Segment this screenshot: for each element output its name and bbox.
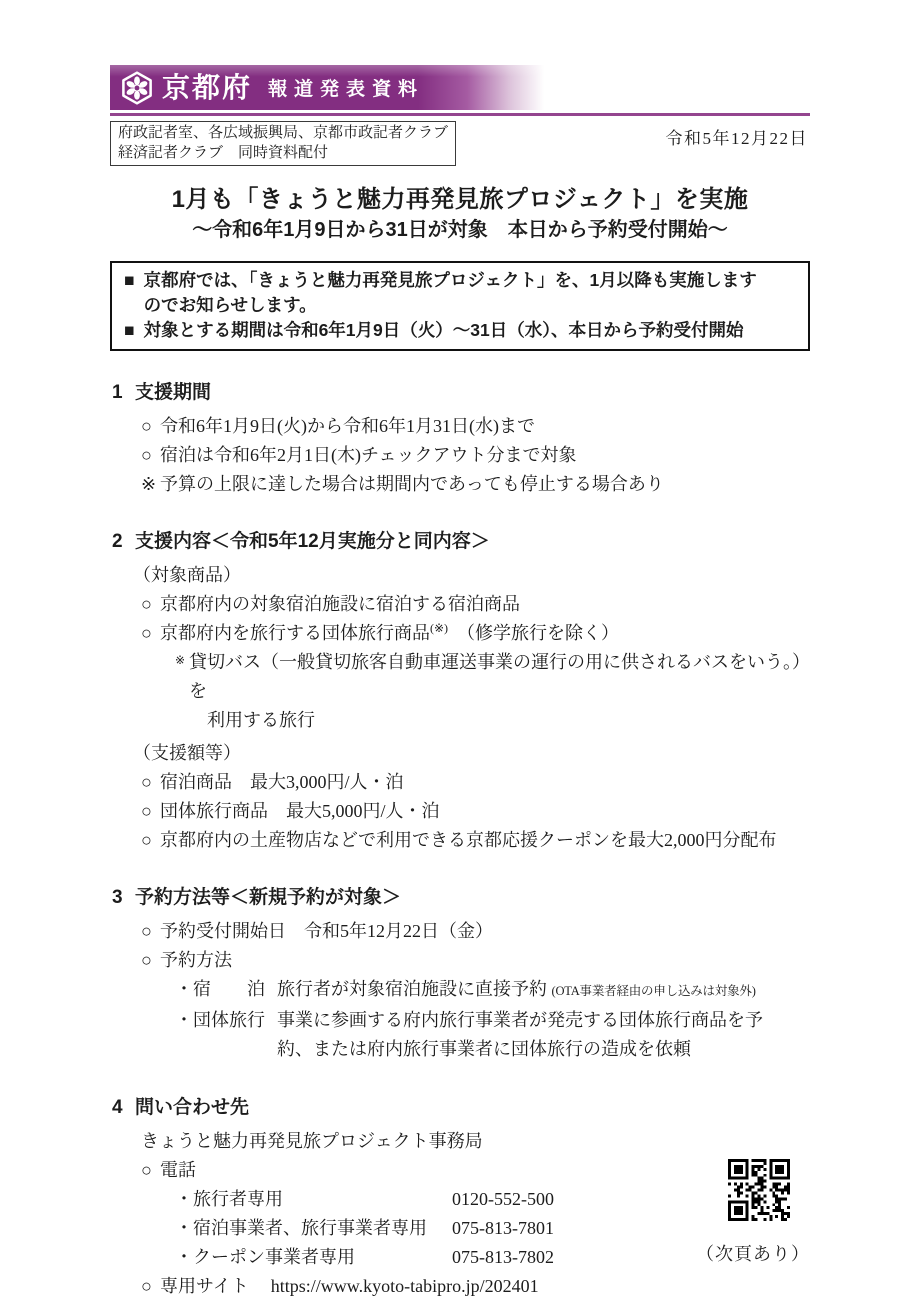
header-rule bbox=[110, 113, 810, 116]
summary-text: 対象とする期間は令和6年1月9日（火）～31日（水）、本日から予約受付開始 bbox=[144, 318, 744, 343]
section-contact: 4 問い合わせ先 きょうと魅力再発見旅プロジェクト事務局 ○ 電話 ・旅行者専用… bbox=[110, 1096, 810, 1300]
list-item: ○ 電話 bbox=[141, 1156, 810, 1185]
list-item: ○ 団体旅行商品 最大5,000円/人・泊 bbox=[141, 797, 810, 826]
summary-box: ■ 京都府では、「きょうと魅力再発見旅プロジェクト」を、1月以降も実施します の… bbox=[110, 261, 810, 351]
phone-label: ・宿泊事業者、旅行事業者専用 bbox=[175, 1214, 452, 1243]
list-item: ○ 京都府内の対象宿泊施設に宿泊する宿泊商品 bbox=[141, 590, 810, 619]
list-item: ○ 宿泊商品 最大3,000円/人・泊 bbox=[141, 768, 810, 797]
sub-item-label: ・団体旅行 bbox=[175, 1006, 277, 1064]
doc-type-label: 報道発表資料 bbox=[268, 80, 424, 99]
list-item-text: 予約方法 bbox=[160, 946, 232, 975]
list-item-text: 電話 bbox=[160, 1156, 196, 1185]
circle-bullet-icon: ○ bbox=[141, 412, 160, 441]
section-reservation-method: 3 予約方法等＜新規予約が対象＞ ○ 予約受付開始日 令和5年12月22日（金）… bbox=[110, 886, 810, 1064]
qr-code bbox=[728, 1159, 790, 1221]
phone-number: 0120-552-500 bbox=[452, 1185, 554, 1214]
press-row: 府政記者室、各広域振興局、京都市政記者クラブ 経済記者クラブ 同時資料配付 令和… bbox=[110, 121, 810, 166]
section-heading: 2 支援内容＜令和5年12月実施分と同内容＞ bbox=[112, 530, 810, 554]
footnote: ※ 貸切バス（一般貸切旅客自動車運送事業の運行の用に供されるバスをいう。）を 利… bbox=[175, 648, 810, 735]
page-subtitle: ～令和6年1月9日から31日が対象 本日から予約受付開始～ bbox=[110, 217, 810, 244]
press-club-box: 府政記者室、各広域振興局、京都市政記者クラブ 経済記者クラブ 同時資料配付 bbox=[110, 121, 456, 166]
list-item-text: 団体旅行商品 最大5,000円/人・泊 bbox=[160, 797, 440, 826]
section-heading-text: 支援内容＜令和5年12月実施分と同内容＞ bbox=[135, 530, 490, 554]
circle-bullet-icon: ○ bbox=[141, 619, 160, 648]
contact-office-name: きょうと魅力再発見旅プロジェクト事務局 bbox=[141, 1127, 810, 1156]
circle-bullet-icon: ○ bbox=[141, 1272, 160, 1300]
square-bullet-icon: ■ bbox=[124, 268, 135, 318]
footnote-ref: (※) bbox=[430, 621, 448, 635]
list-item-text: 予算の上限に達した場合は期間内であっても停止する場合あり bbox=[160, 470, 664, 499]
summary-text: 京都府では、「きょうと魅力再発見旅プロジェクト」を、1月以降も実施します のでお… bbox=[144, 268, 757, 318]
summary-item: ■ 京都府では、「きょうと魅力再発見旅プロジェクト」を、1月以降も実施します の… bbox=[124, 268, 798, 318]
section-heading: 1 支援期間 bbox=[112, 381, 810, 405]
circle-bullet-icon: ○ bbox=[141, 1156, 160, 1185]
website-label: 専用サイト bbox=[160, 1272, 249, 1300]
sub-item-text: 事業に参画する府内旅行事業者が発売する団体旅行商品を予 約、または府内旅行事業者… bbox=[277, 1006, 763, 1064]
group-label: （支援額等） bbox=[133, 739, 810, 768]
page-title: 1月も「きょうと魅力再発見旅プロジェクト」を実施 bbox=[110, 185, 810, 215]
reference-mark-icon: ※ bbox=[141, 470, 160, 499]
sub-item-label: ・宿 泊 bbox=[175, 975, 277, 1006]
section-number: 4 bbox=[112, 1096, 135, 1120]
circle-bullet-icon: ○ bbox=[141, 946, 160, 975]
section-support-details: 2 支援内容＜令和5年12月実施分と同内容＞ （対象商品） ○ 京都府内の対象宿… bbox=[110, 530, 810, 855]
section-heading: 4 問い合わせ先 bbox=[112, 1096, 810, 1120]
phone-number: 075-813-7802 bbox=[452, 1243, 554, 1272]
group-label: （対象商品） bbox=[133, 561, 810, 590]
circle-bullet-icon: ○ bbox=[141, 826, 160, 855]
website-row: ○ 専用サイト https://www.kyoto-tabipro.jp/202… bbox=[141, 1272, 810, 1300]
sub-list-item: ・団体旅行 事業に参画する府内旅行事業者が発売する団体旅行商品を予 約、または府… bbox=[175, 1006, 810, 1064]
circle-bullet-icon: ○ bbox=[141, 441, 160, 470]
circle-bullet-icon: ○ bbox=[141, 590, 160, 619]
section-heading-text: 予約方法等＜新規予約が対象＞ bbox=[135, 886, 401, 910]
footnote-text: 貸切バス（一般貸切旅客自動車運送事業の運行の用に供されるバスをいう。）を 利用す… bbox=[189, 648, 810, 735]
list-item: ○ 予約受付開始日 令和5年12月22日（金） bbox=[141, 917, 810, 946]
sub-item-text: 旅行者が対象宿泊施設に直接予約 (OTA事業者経由の申し込みは対象外) bbox=[277, 975, 756, 1006]
kyoto-prefecture-emblem-icon bbox=[120, 71, 154, 105]
circle-bullet-icon: ○ bbox=[141, 917, 160, 946]
list-item: ○ 京都府内の土産物店などで利用できる京都応援クーポンを最大2,000円分配布 bbox=[141, 826, 810, 855]
reference-mark-icon: ※ bbox=[175, 646, 189, 733]
list-item-text: 京都府内を旅行する団体旅行商品(※)（修学旅行を除く） bbox=[160, 619, 619, 648]
press-club-line1: 府政記者室、各広域振興局、京都市政記者クラブ bbox=[118, 123, 448, 143]
list-item-text: 宿泊商品 最大3,000円/人・泊 bbox=[160, 768, 404, 797]
list-item: ○ 令和6年1月9日(火)から令和6年1月31日(水)まで bbox=[141, 412, 810, 441]
press-release-page: { "header": { "org": "京都府", "doc_type": … bbox=[0, 0, 920, 1300]
list-item: ○ 宿泊は令和6年2月1日(木)チェックアウト分まで対象 bbox=[141, 441, 810, 470]
list-item: ○ 京都府内を旅行する団体旅行商品(※)（修学旅行を除く） bbox=[141, 619, 810, 648]
list-item: ○ 予約方法 bbox=[141, 946, 810, 975]
phone-row: ・旅行者専用 0120-552-500 bbox=[175, 1185, 810, 1214]
list-item-text: 令和6年1月9日(火)から令和6年1月31日(水)まで bbox=[160, 412, 535, 441]
list-item-text: 京都府内の対象宿泊施設に宿泊する宿泊商品 bbox=[160, 590, 520, 619]
header-banner: 京都府 報道発表資料 bbox=[110, 65, 810, 110]
circle-bullet-icon: ○ bbox=[141, 797, 160, 826]
circle-bullet-icon: ○ bbox=[141, 768, 160, 797]
list-item: ※ 予算の上限に達した場合は期間内であっても停止する場合あり bbox=[141, 470, 810, 499]
org-name: 京都府 bbox=[162, 74, 252, 102]
list-item-text: 予約受付開始日 令和5年12月22日（金） bbox=[160, 917, 493, 946]
phone-label: ・旅行者専用 bbox=[175, 1185, 452, 1214]
website-url: https://www.kyoto-tabipro.jp/202401 bbox=[271, 1272, 539, 1300]
sub-list-item: ・宿 泊 旅行者が対象宿泊施設に直接予約 (OTA事業者経由の申し込みは対象外) bbox=[175, 975, 810, 1006]
section-number: 1 bbox=[112, 381, 135, 405]
page-content: 京都府 報道発表資料 府政記者室、各広域振興局、京都市政記者クラブ 経済記者クラ… bbox=[110, 0, 810, 1300]
section-heading: 3 予約方法等＜新規予約が対象＞ bbox=[112, 886, 810, 910]
release-date: 令和5年12月22日 bbox=[666, 124, 811, 149]
section-heading-text: 支援期間 bbox=[135, 381, 211, 405]
phone-row: ・宿泊事業者、旅行事業者専用 075-813-7801 bbox=[175, 1214, 810, 1243]
summary-item: ■ 対象とする期間は令和6年1月9日（火）～31日（水）、本日から予約受付開始 bbox=[124, 318, 798, 343]
parenthetical-note: (OTA事業者経由の申し込みは対象外) bbox=[552, 984, 756, 998]
section-number: 3 bbox=[112, 886, 135, 910]
section-heading-text: 問い合わせ先 bbox=[135, 1096, 249, 1120]
section-number: 2 bbox=[112, 530, 135, 554]
phone-label: ・クーポン事業者専用 bbox=[175, 1243, 452, 1272]
section-support-period: 1 支援期間 ○ 令和6年1月9日(火)から令和6年1月31日(水)まで ○ 宿… bbox=[110, 381, 810, 499]
list-item-text: 京都府内の土産物店などで利用できる京都応援クーポンを最大2,000円分配布 bbox=[160, 826, 777, 855]
list-item-text: 宿泊は令和6年2月1日(木)チェックアウト分まで対象 bbox=[160, 441, 576, 470]
next-page-note: （次頁あり） bbox=[696, 1240, 810, 1266]
phone-number: 075-813-7801 bbox=[452, 1214, 554, 1243]
square-bullet-icon: ■ bbox=[124, 318, 135, 343]
press-club-line2: 経済記者クラブ 同時資料配付 bbox=[118, 143, 448, 163]
